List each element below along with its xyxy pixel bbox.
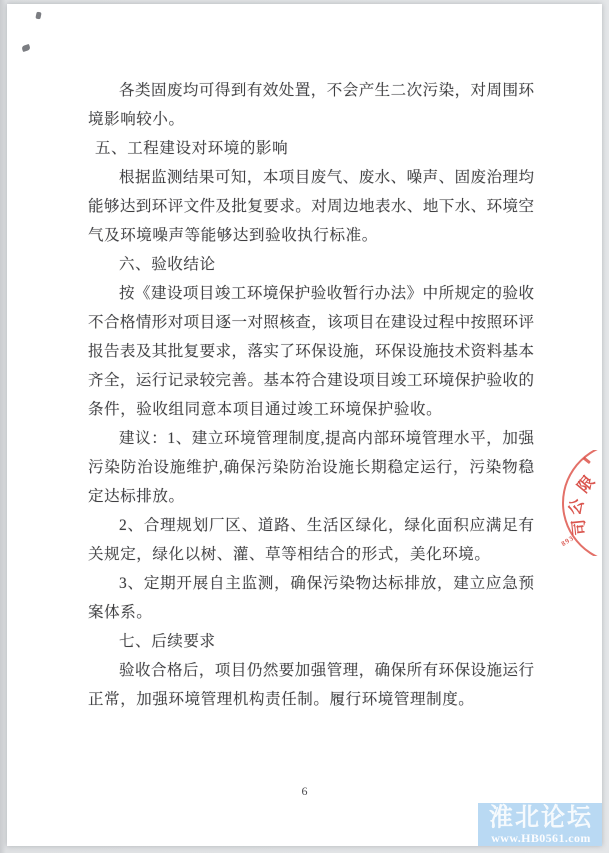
text-line: 验收合格后，项目仍然要加强管理，确保所有环保设施运行: [88, 656, 534, 685]
text-line: 案体系。: [88, 598, 534, 627]
watermark-title: 淮北论坛: [478, 803, 602, 831]
company-seal-stamp: 限 公 司 893: [556, 450, 602, 556]
section-heading-7: 七、后续要求: [88, 627, 534, 656]
section-heading-5: 五、工程建设对环境的影响: [88, 134, 534, 163]
text-line: 关规定，绿化以树、灌、草等相结合的形式，美化环境。: [88, 540, 534, 569]
text-line: 不合格情形对项目逐一对照核查，该项目在建设过程中按照环评: [88, 308, 534, 337]
section-heading-6: 六、验收结论: [88, 250, 534, 279]
text-line: 定达标排放。: [88, 482, 534, 511]
watermark-url: www.HB0561.com: [478, 831, 602, 845]
text-line: 报告表及其批复要求，落实了环保设施，环保设施技术资料基本: [88, 337, 534, 366]
seal-serial-number: 893: [560, 534, 576, 548]
text-line: 正常，加强环境管理机构责任制。履行环境管理制度。: [88, 685, 534, 714]
text-line: 按《建设项目竣工环境保护验收暂行办法》中所规定的验收: [88, 279, 534, 308]
forum-watermark: 淮北论坛 www.HB0561.com: [478, 803, 602, 846]
text-line: 根据监测结果可知，本项目废气、废水、噪声、固废治理均: [88, 163, 534, 192]
page-sheet: 各类固废均可得到有效处置，不会产生二次污染，对周围环 境影响较小。 五、工程建设…: [7, 4, 602, 846]
scan-background: { "page": { "number": "6" }, "document":…: [0, 0, 609, 853]
ink-smudge-1: [35, 12, 41, 20]
text-line: 污染防治设施维护,确保污染防治设施长期稳定运行，污染物稳: [88, 453, 534, 482]
text-line: 能够达到环评文件及批复要求。对周边地表水、地下水、环境空: [88, 192, 534, 221]
text-line: 各类固废均可得到有效处置，不会产生二次污染，对周围环: [88, 76, 534, 105]
text-line: 境影响较小。: [88, 105, 534, 134]
document-text: 各类固废均可得到有效处置，不会产生二次污染，对周围环 境影响较小。 五、工程建设…: [88, 76, 534, 714]
text-line: 条件，验收组同意本项目通过竣工环境保护验收。: [88, 395, 534, 424]
text-line: 建议：1、建立环境管理制度,提高内部环境管理水平，加强: [88, 424, 534, 453]
text-line: 气及环境噪声等能够达到验收执行标准。: [88, 221, 534, 250]
ink-smudge-2: [21, 44, 30, 52]
page-number: 6: [7, 784, 602, 799]
text-line: 3、定期开展自主监测，确保污染物达标排放，建立应急预: [88, 569, 534, 598]
text-line: 2、合理规划厂区、道路、生活区绿化，绿化面积应满足有: [88, 511, 534, 540]
text-line: 齐全，运行记录较完善。基本符合建设项目竣工环境保护验收的: [88, 366, 534, 395]
